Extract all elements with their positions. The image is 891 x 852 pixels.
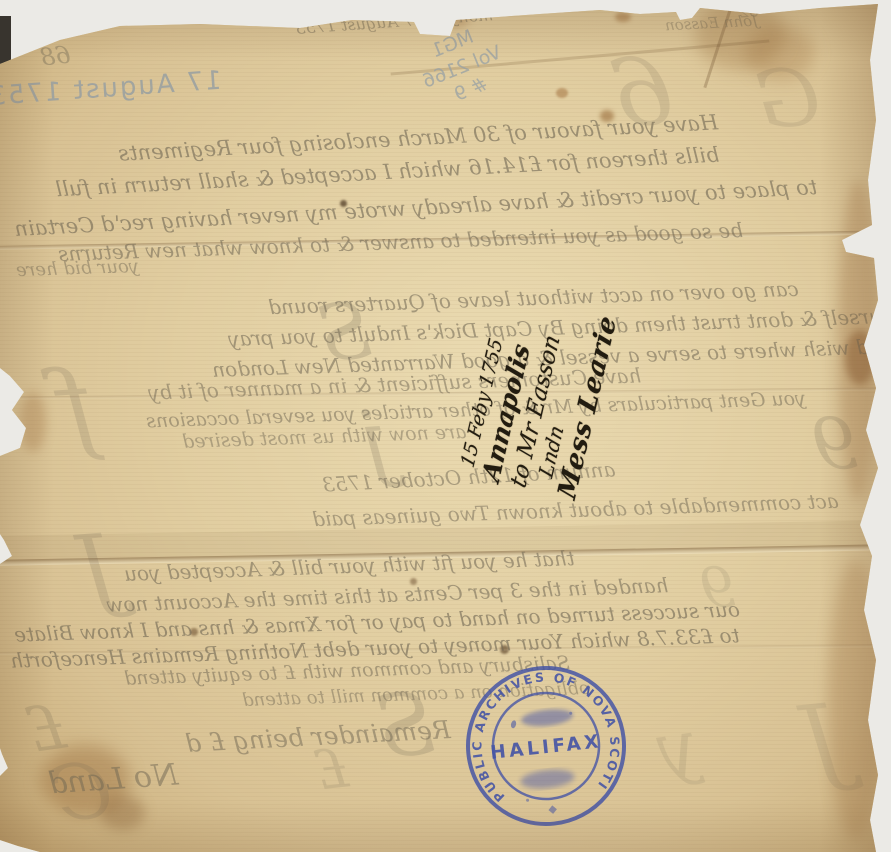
pencil-flourish: y <box>652 704 703 791</box>
bleedthrough-line: that he you fit with your bill & Accepte… <box>124 546 575 586</box>
bleedthrough-line: are now with us most desired <box>182 421 467 453</box>
stain <box>695 0 785 70</box>
stain <box>845 330 875 385</box>
pencil-flourish: S <box>313 285 376 380</box>
pencil-flourish: G <box>751 49 824 148</box>
bleedthrough-line: your bid here <box>16 256 140 281</box>
stain <box>828 560 883 840</box>
pencil-flourish: j <box>359 391 392 491</box>
stain <box>556 88 568 98</box>
fold-crease <box>0 544 891 566</box>
pencil-flourish: 6 <box>605 34 680 151</box>
stain <box>862 238 880 252</box>
stain <box>190 628 198 636</box>
bleedthrough-line: to £33.7.8 which Your money to your debt… <box>10 623 740 672</box>
stamp-mark <box>548 805 556 813</box>
pencil-flourish: C <box>45 744 119 843</box>
pencil-flourish: 9 <box>808 400 861 488</box>
stain <box>600 110 614 122</box>
bleedthrough-line: to place to your credit & have already w… <box>14 175 818 241</box>
bleedthrough-line: handed in the 3 per Cents at this time t… <box>106 573 669 617</box>
fold-shadow <box>0 520 891 562</box>
stain <box>40 745 130 815</box>
scanned-document: mony of 17 August 1753John Easson68Have … <box>0 0 891 852</box>
stamp-center-text: HALIFAX <box>489 731 603 764</box>
stain <box>20 392 46 452</box>
stamp-smudge <box>520 707 573 728</box>
fold-crease <box>0 387 891 400</box>
bleedthrough-line: 68 <box>39 40 72 71</box>
pencil-flourish: £ <box>21 690 70 768</box>
bleedthrough-line: Remainder being £ d <box>184 715 451 758</box>
stamp-smudge <box>520 767 576 791</box>
pencil-flourish: f <box>54 347 99 466</box>
pencil-flourish: J <box>798 682 848 797</box>
stain <box>100 795 145 830</box>
stamp-mark <box>510 720 517 729</box>
edge-vignette <box>0 0 891 852</box>
pencil-flourish: S <box>373 674 439 778</box>
stain <box>410 578 417 585</box>
bleedthrough-line: our success turned on hand to pay or for… <box>14 597 740 646</box>
pencil-catalog-note: MG1Vol 2166# 9 <box>392 10 531 124</box>
corner-crease <box>703 0 735 88</box>
stain <box>745 25 815 80</box>
stain <box>615 12 631 22</box>
pencil-date-note: 17 August 1753 <box>0 66 223 113</box>
bleedthrough-line: be so good as you intended to answer & t… <box>58 218 744 266</box>
fold-crease <box>0 644 891 655</box>
pencil-flourish: £ <box>311 736 352 802</box>
archive-stamp: PUBLIC ARCHIVES OF NOVA SCOTIA HALIFAX <box>449 649 642 842</box>
pencil-flourish: J <box>75 514 121 624</box>
fold-crease <box>0 230 891 250</box>
bleedthrough-line: John Easson <box>665 12 759 35</box>
ink-speck <box>340 200 347 207</box>
pencil-flourish: 9 <box>697 555 738 623</box>
manuscript-page-verso: mony of 17 August 1753John Easson68Have … <box>0 0 891 852</box>
laid-paper-texture <box>0 0 891 852</box>
stamp-speck <box>526 799 529 802</box>
pencil-flourish: 62 <box>737 1 759 21</box>
ink-speck <box>500 645 509 654</box>
ink-docket: 15 Feby 1755Annapolisto Mr EassonLndnMes… <box>456 248 634 501</box>
bleedthrough-line: No Land <box>47 758 179 802</box>
bleedthrough-line: bills thereon for £14.16 which I accepte… <box>55 143 720 202</box>
stain <box>838 180 878 500</box>
